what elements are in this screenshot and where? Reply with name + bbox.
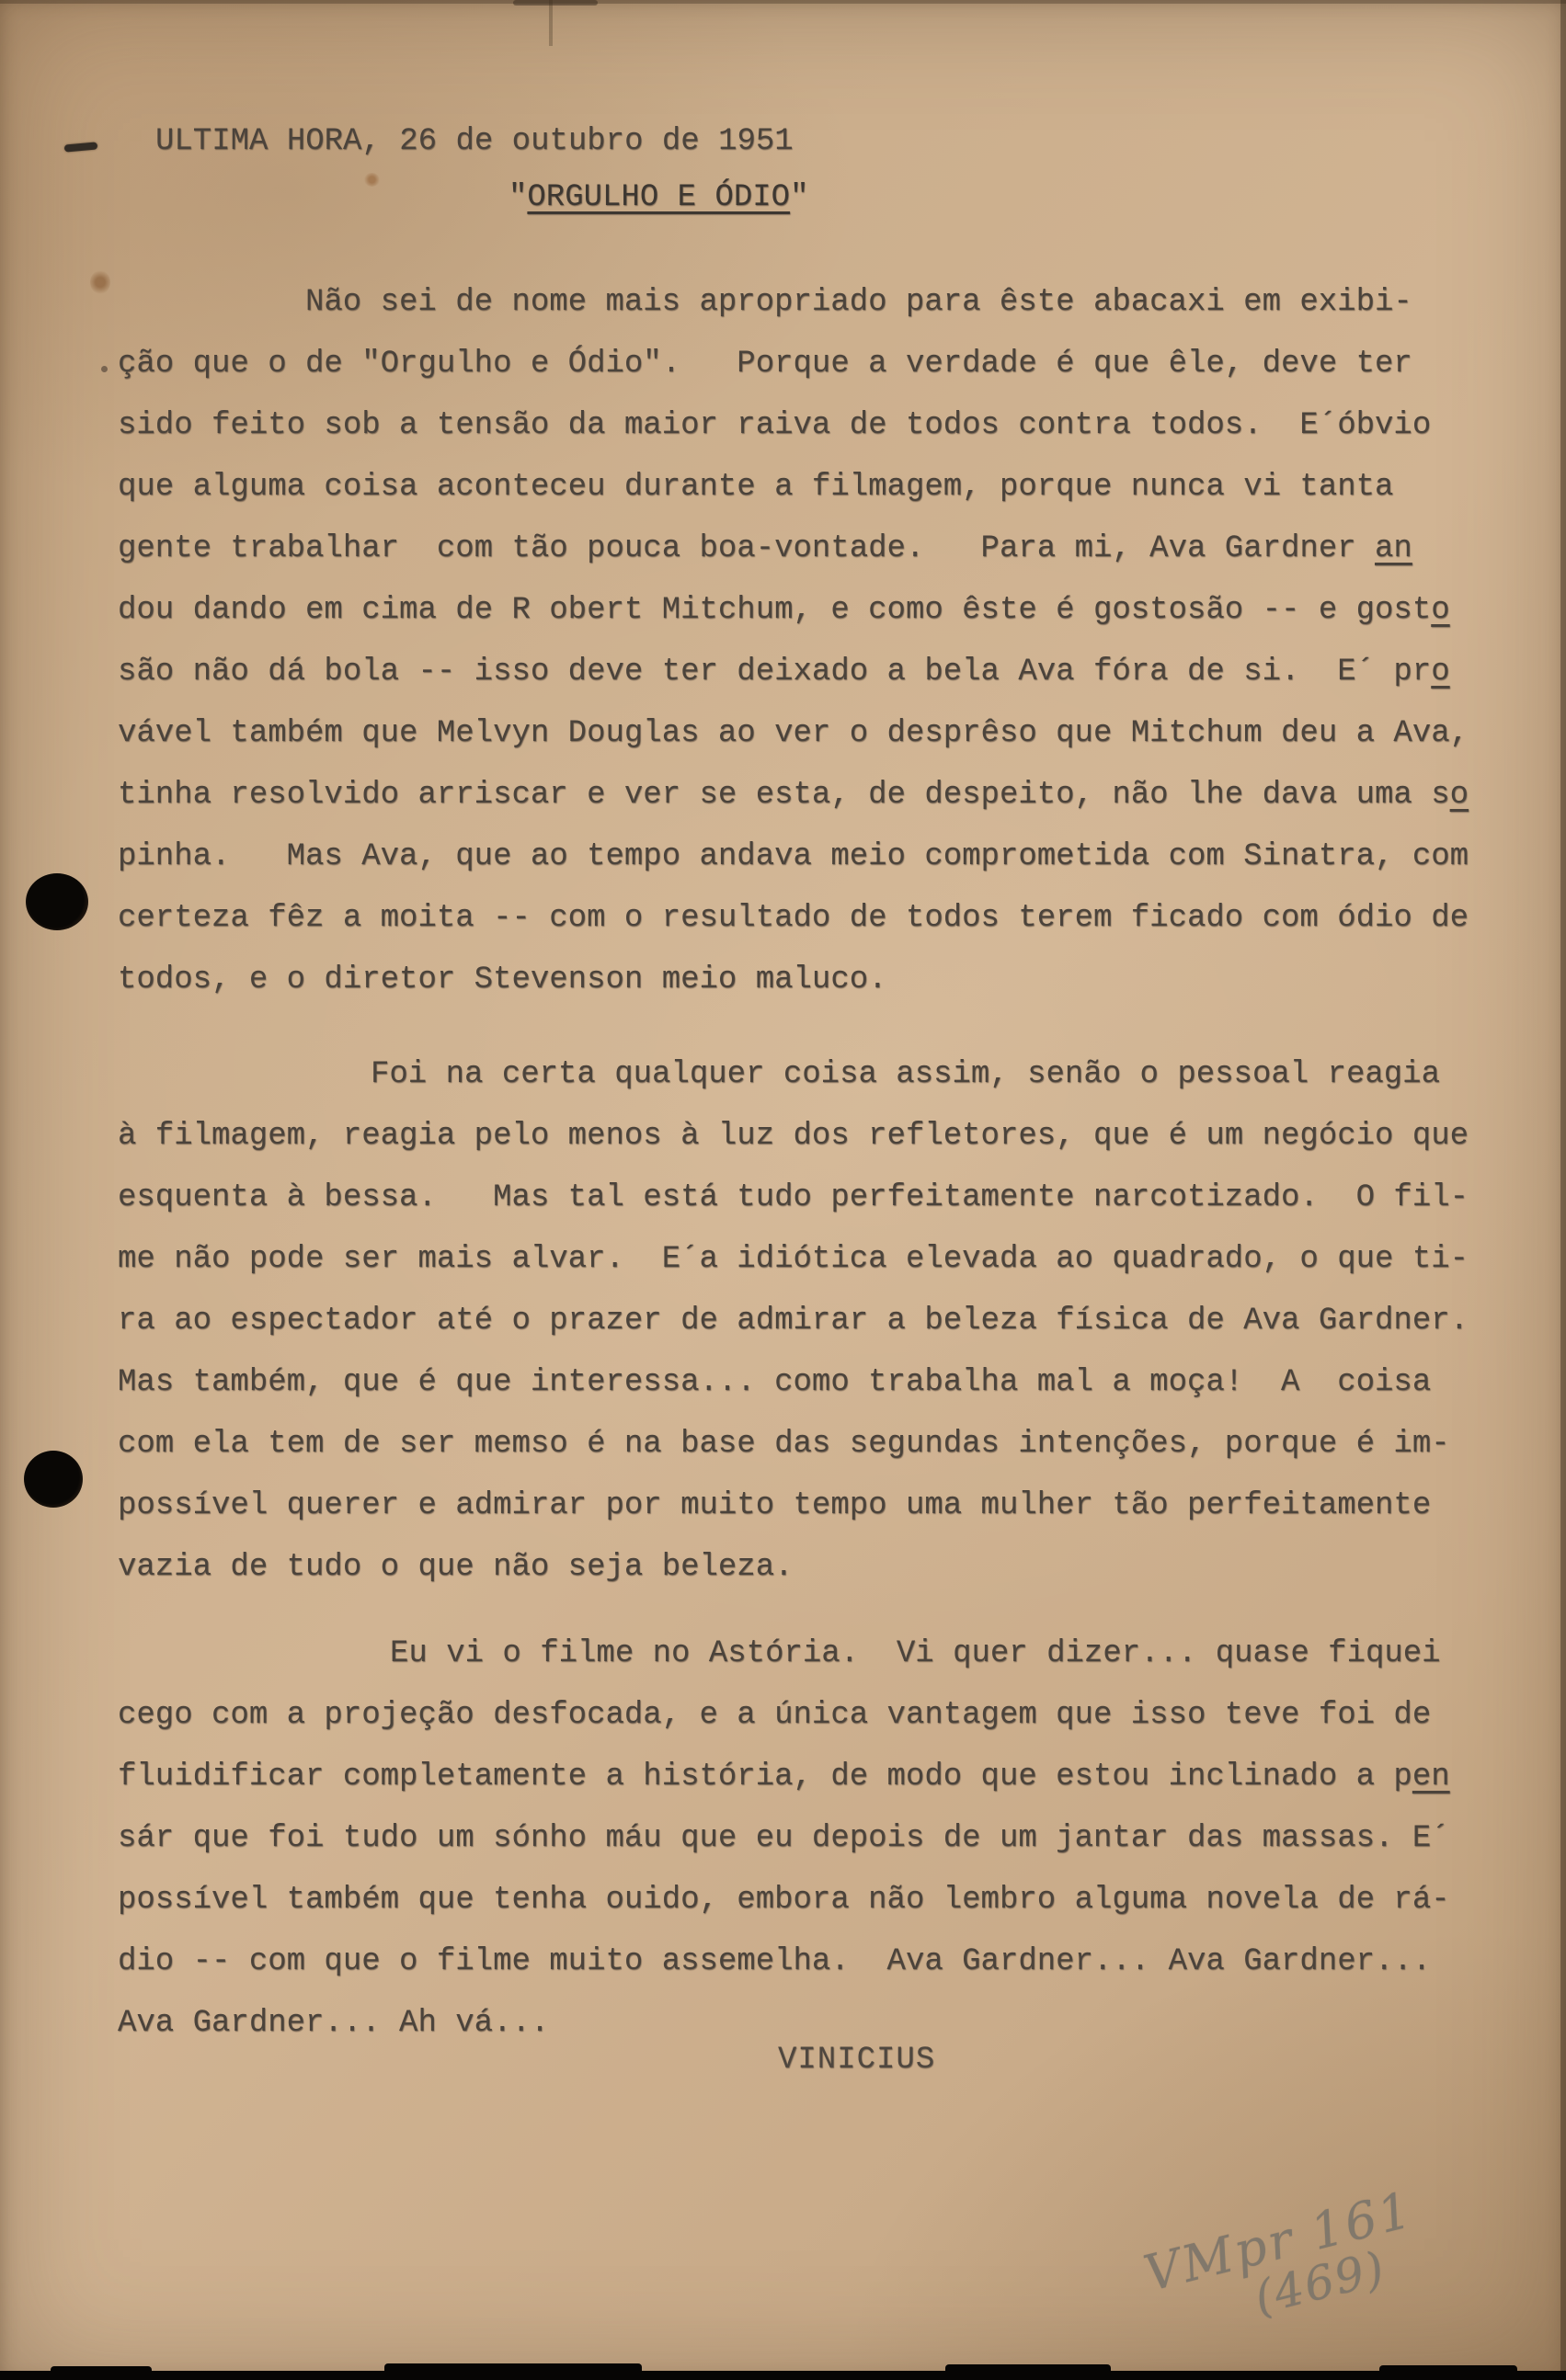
text-line: com ela tem de ser memso é na base das s… — [118, 1414, 1497, 1475]
text-line: ção que o de "Orgulho e Ódio". Porque a … — [118, 334, 1497, 395]
paragraph: Eu vi o filme no Astória. Vi quer dizer.… — [118, 1623, 1497, 2055]
text-line: ra ao espectador até o prazer de admirar… — [118, 1291, 1497, 1352]
text-segment: tinha resolvido arriscar e ver se esta, … — [118, 778, 1450, 813]
text-line: Mas também, que é que interessa... como … — [118, 1352, 1497, 1414]
text-line: Foi na certa qualquer coisa assim, senão… — [118, 1044, 1497, 1106]
text-segment: vável também que Melvyn Douglas ao ver o… — [118, 716, 1469, 751]
text-segment: Foi na certa qualquer coisa assim, senão… — [371, 1057, 1440, 1092]
paper-stain — [364, 173, 380, 187]
scan-edge-bottom — [384, 2363, 642, 2372]
signature: VINICIUS — [778, 2043, 935, 2078]
punch-hole — [26, 873, 88, 930]
text-line: me não pode ser mais alvar. E´a idiótica… — [118, 1229, 1497, 1291]
text-segment: dio -- com que o filme muito assemelha. … — [118, 1944, 1431, 1979]
text-segment: fluidificar completamente a história, de… — [118, 1759, 1412, 1794]
text-line: dio -- com que o filme muito assemelha. … — [118, 1931, 1497, 1993]
text-segment: com ela tem de ser memso é na base das s… — [118, 1427, 1450, 1462]
text-line: certeza fêz a moita -- com o resultado d… — [118, 888, 1497, 950]
text-segment: certeza fêz a moita -- com o resultado d… — [118, 901, 1469, 936]
text-segment: Ava Gardner... Ah vá... — [118, 2006, 549, 2041]
text-segment: são não dá bola -- isso deve ter deixado… — [118, 655, 1431, 689]
text-segment: ra ao espectador até o prazer de admirar… — [118, 1304, 1469, 1338]
text-segment: ção que o de "Orgulho e Ódio". Porque a … — [118, 347, 1412, 381]
scan-edge-top — [0, 0, 1566, 4]
paper-stain — [90, 270, 110, 294]
scan-edge-bottom — [945, 2364, 1111, 2372]
scan-edge-right — [1560, 0, 1566, 2380]
underlined-text: o — [1431, 655, 1449, 689]
text-line: possível querer e admirar por muito temp… — [118, 1475, 1497, 1537]
text-segment: à filmagem, reagia pelo menos à luz dos … — [118, 1119, 1469, 1154]
paper-crease — [549, 0, 553, 46]
text-line: sido feito sob a tensão da maior raiva d… — [118, 395, 1497, 457]
text-segment: pinha. Mas Ava, que ao tempo andava meio… — [118, 839, 1469, 874]
text-line: dou dando em cima de R obert Mitchum, e … — [118, 580, 1497, 642]
scan-edge-bottom — [0, 2371, 1566, 2380]
text-segment: sár que foi tudo um sónho máu que eu dep… — [118, 1821, 1450, 1856]
underlined-text: o — [1431, 593, 1449, 628]
text-line: esquenta à bessa. Mas tal está tudo perf… — [118, 1167, 1497, 1229]
text-line: que alguma coisa aconteceu durante a fil… — [118, 457, 1497, 518]
text-segment: vazia de tudo o que não seja beleza. — [118, 1550, 794, 1585]
text-line: vazia de tudo o que não seja beleza. — [118, 1537, 1497, 1599]
punch-hole — [24, 1451, 83, 1508]
text-line: cego com a projeção desfocada, e a única… — [118, 1685, 1497, 1747]
title-open-quote: " — [509, 180, 527, 215]
text-line: fluidificar completamente a história, de… — [118, 1747, 1497, 1808]
text-line: possível também que tenha ouido, embora … — [118, 1870, 1497, 1931]
text-segment: gente trabalhar com tão pouca boa-vontad… — [118, 531, 1375, 566]
text-segment: dou dando em cima de R obert Mitchum, e … — [118, 593, 1431, 628]
text-segment: que alguma coisa aconteceu durante a fil… — [118, 470, 1393, 505]
text-segment: me não pode ser mais alvar. E´a idiótica… — [118, 1242, 1469, 1277]
text-line: são não dá bola -- isso deve ter deixado… — [118, 642, 1497, 703]
text-line: vável também que Melvyn Douglas ao ver o… — [118, 703, 1497, 765]
text-segment: esquenta à bessa. Mas tal está tudo perf… — [118, 1180, 1469, 1215]
scan-edge-bottom — [51, 2366, 152, 2372]
text-line: Eu vi o filme no Astória. Vi quer dizer.… — [118, 1623, 1497, 1685]
text-segment: todos, e o diretor Stevenson meio maluco… — [118, 962, 887, 997]
ink-dot — [101, 366, 108, 372]
text-segment: possível também que tenha ouido, embora … — [118, 1883, 1450, 1918]
document-page: ULTIMA HORA, 26 de outubro de 1951 "ORGU… — [0, 0, 1566, 2380]
paragraph: Foi na certa qualquer coisa assim, senão… — [118, 1044, 1497, 1599]
text-line: tinha resolvido arriscar e ver se esta, … — [118, 765, 1497, 826]
text-line: gente trabalhar com tão pouca boa-vontad… — [118, 518, 1497, 580]
text-segment: possível querer e admirar por muito temp… — [118, 1488, 1431, 1523]
text-segment: Mas também, que é que interessa... como … — [118, 1365, 1431, 1400]
underlined-text: en — [1412, 1759, 1450, 1794]
pen-dash-mark — [64, 142, 98, 152]
underlined-text: an — [1375, 531, 1412, 566]
page-title: "ORGULHO E ÓDIO" — [509, 180, 808, 215]
handwritten-annotation: VMpr 161 (469) — [1138, 2171, 1468, 2350]
underlined-text: o — [1450, 778, 1469, 813]
text-line: sár que foi tudo um sónho máu que eu dep… — [118, 1808, 1497, 1870]
title-close-quote: " — [790, 180, 808, 215]
document-header: ULTIMA HORA, 26 de outubro de 1951 — [155, 124, 794, 159]
scan-edge-bottom — [1379, 2365, 1517, 2372]
text-segment: Não sei de nome mais apropriado para êst… — [305, 285, 1412, 320]
text-line: todos, e o diretor Stevenson meio maluco… — [118, 950, 1497, 1011]
text-segment: sido feito sob a tensão da maior raiva d… — [118, 408, 1431, 443]
paragraph: Não sei de nome mais apropriado para êst… — [118, 272, 1497, 1011]
title-text: ORGULHO E ÓDIO — [527, 180, 790, 215]
text-segment: cego com a projeção desfocada, e a única… — [118, 1698, 1431, 1733]
text-line: à filmagem, reagia pelo menos à luz dos … — [118, 1106, 1497, 1167]
text-line: Não sei de nome mais apropriado para êst… — [118, 272, 1497, 334]
text-line: pinha. Mas Ava, que ao tempo andava meio… — [118, 826, 1497, 888]
text-segment: Eu vi o filme no Astória. Vi quer dizer.… — [390, 1636, 1441, 1671]
